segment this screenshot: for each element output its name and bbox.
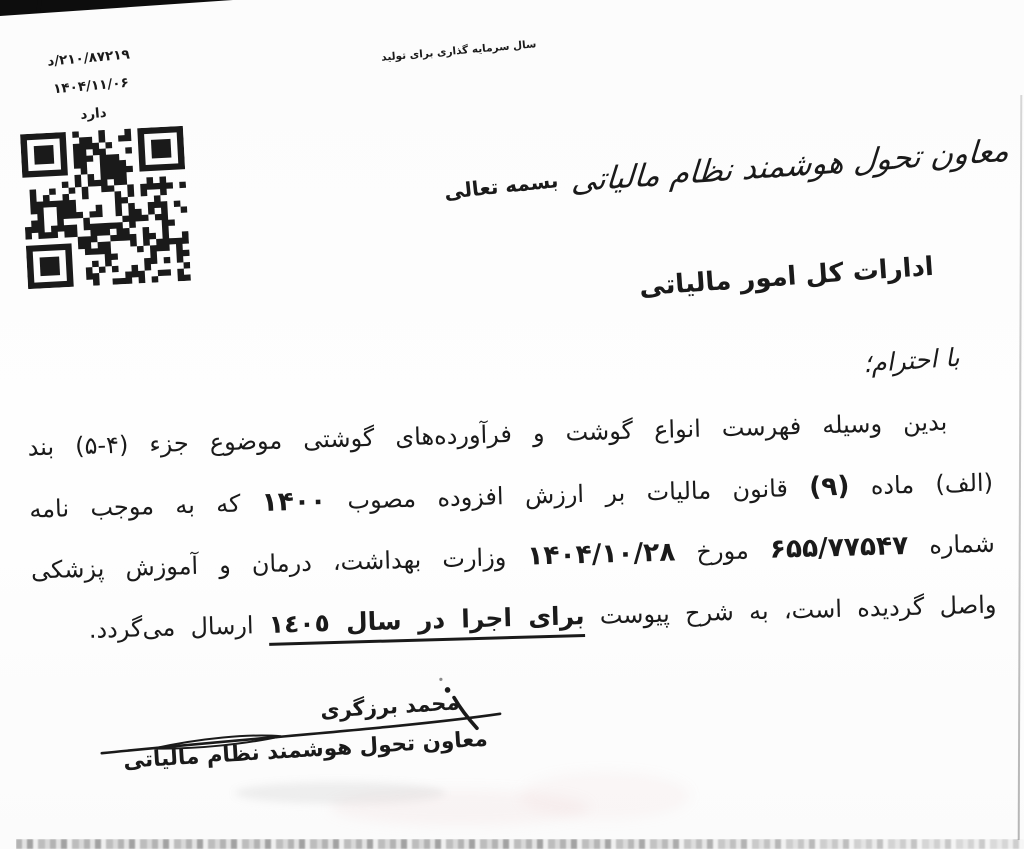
scanned-letter-page: ۲۱۰/۸۷۲۱۹/د ۱۴۰۴/۱۱/۰۶ دارد سال سرمایه گ… [0, 0, 1024, 849]
signature-block: محمد برزگری معاون تحول هوشمند نظام مالیا… [92, 670, 510, 800]
recipient-heading: ادارات کل امور مالیاتی [638, 252, 934, 303]
letter-reference-block: ۲۱۰/۸۷۲۱۹/د ۱۴۰۴/۱۱/۰۶ دارد [35, 40, 148, 133]
salutation-text: با احترام؛ [862, 343, 960, 379]
body-line-4-text: ارسال می‌گردد. [88, 611, 269, 644]
referenced-letter-number: ۶۵۵/۷۷۵۴۷ [769, 530, 908, 565]
law-year: ۱۴۰۰ [261, 485, 326, 518]
letterhead-slogan: سال سرمایه گذاری برای تولید [381, 38, 537, 64]
scan-ghost-mark [520, 772, 690, 820]
referenced-letter-date: ۱۴۰۴/۱۰/۲۸ [527, 536, 676, 571]
letter-body: بدین وسیله فهرست انواع گوشت و فرآورده‌ها… [27, 391, 997, 662]
body-line-3-text: مورخ [675, 536, 770, 567]
body-line-2-text: قانون مالیات بر ارزش افزوده مصوب [326, 474, 810, 515]
article-number: (۹) [809, 471, 850, 503]
scan-artifact-page-edge [1018, 95, 1023, 840]
body-line-4-text: واصل گردیده است، به شرح پیوست [584, 591, 997, 630]
body-line-2-text: (الف) ماده [849, 469, 993, 501]
letterhead-calligraphy: معاون تحول هوشمند نظام مالیاتی [571, 133, 1011, 200]
body-line-3-text: وزارت بهداشت، درمان و آموزش پزشکی [31, 543, 528, 585]
execution-year-emphasis: برای اجرا در سال ١٤٠٥ [268, 601, 585, 646]
qr-code-icon [20, 126, 191, 289]
body-line-3-text: شماره [908, 530, 995, 560]
scan-artifact-bottom-noise [16, 839, 1024, 849]
besmellah-text: بسمه تعالی [443, 168, 559, 204]
body-line-2-text: که به موجب نامه [29, 489, 262, 523]
